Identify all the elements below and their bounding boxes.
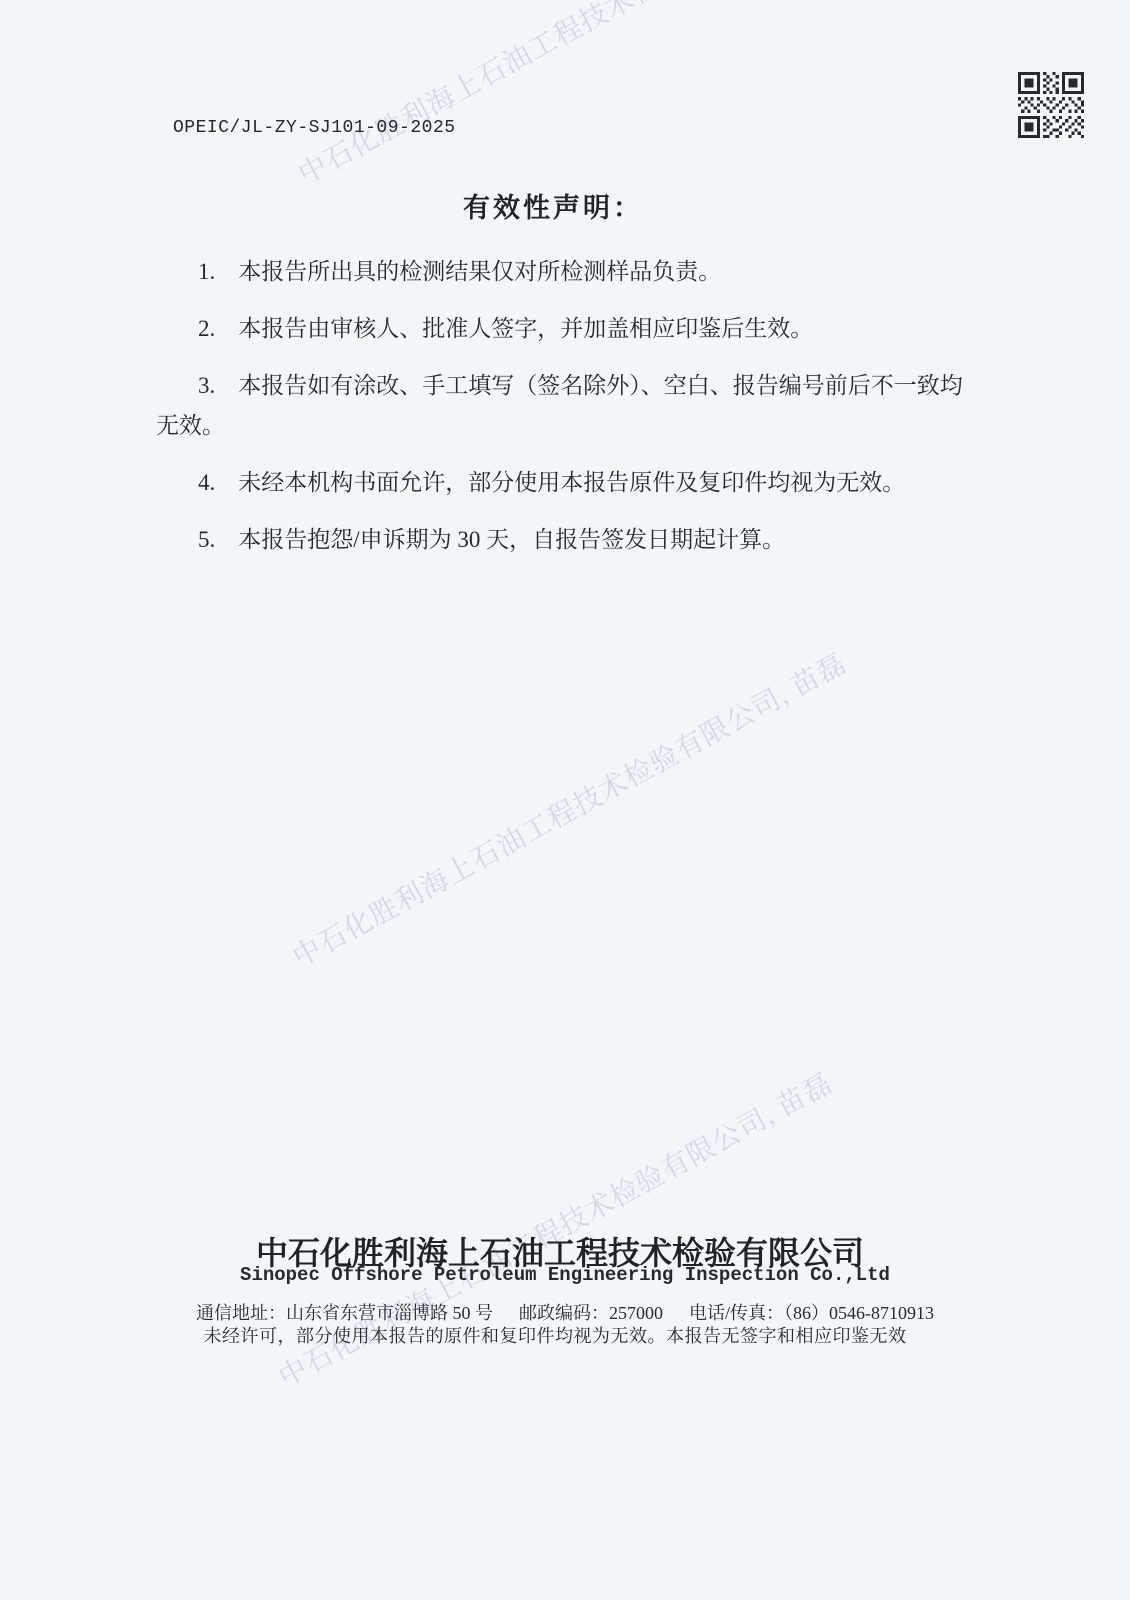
watermark-text: 中石化胜利海上石油工程技术检验有限公司, 苗磊: [290, 0, 858, 193]
statement-item-1: 1. 本报告所出具的检测结果仅对所检测样品负责。: [156, 252, 980, 292]
qr-code-icon: [1018, 72, 1084, 138]
statement-item-5: 5. 本报告抱怨/申诉期为 30 天，自报告签发日期起计算。: [156, 520, 980, 560]
statement-item-2: 2. 本报告由审核人、批准人签字，并加盖相应印鉴后生效。: [156, 309, 980, 349]
contact-phone: 电话/传真：（86）0546-8710913: [689, 1303, 934, 1323]
document-code: OPEIC/JL-ZY-SJ101-09-2025: [173, 118, 456, 138]
page-title: 有效性声明：: [0, 186, 1106, 225]
statement-item-3: 3. 本报告如有涂改、手工填写（签名除外）、空白、报告编号前后不一致均无效。: [156, 366, 980, 446]
document-page: 中石化胜利海上石油工程技术检验有限公司, 苗磊 中石化胜利海上石油工程技术检验有…: [0, 0, 1130, 1600]
validity-notice: 未经许可，部分使用本报告的原件和复印件均视为无效。本报告无签字和相应印鉴无效: [0, 1322, 1110, 1348]
watermark-text: 中石化胜利海上石油工程技术检验有限公司, 苗磊: [270, 1062, 838, 1395]
statements-list: 1. 本报告所出具的检测结果仅对所检测样品负责。 2. 本报告由审核人、批准人签…: [156, 252, 980, 577]
contact-postal: 邮政编码：257000: [519, 1303, 663, 1323]
company-name-en: Sinopec Offshore Petroleum Engineering I…: [0, 1264, 1130, 1286]
contact-line: 通信地址：山东省东营市淄博路 50 号邮政编码：257000电话/传真：（86）…: [0, 1299, 1130, 1325]
statement-item-4: 4. 未经本机构书面允许，部分使用本报告原件及复印件均视为无效。: [156, 463, 980, 503]
watermark-text: 中石化胜利海上石油工程技术检验有限公司, 苗磊: [284, 642, 852, 975]
